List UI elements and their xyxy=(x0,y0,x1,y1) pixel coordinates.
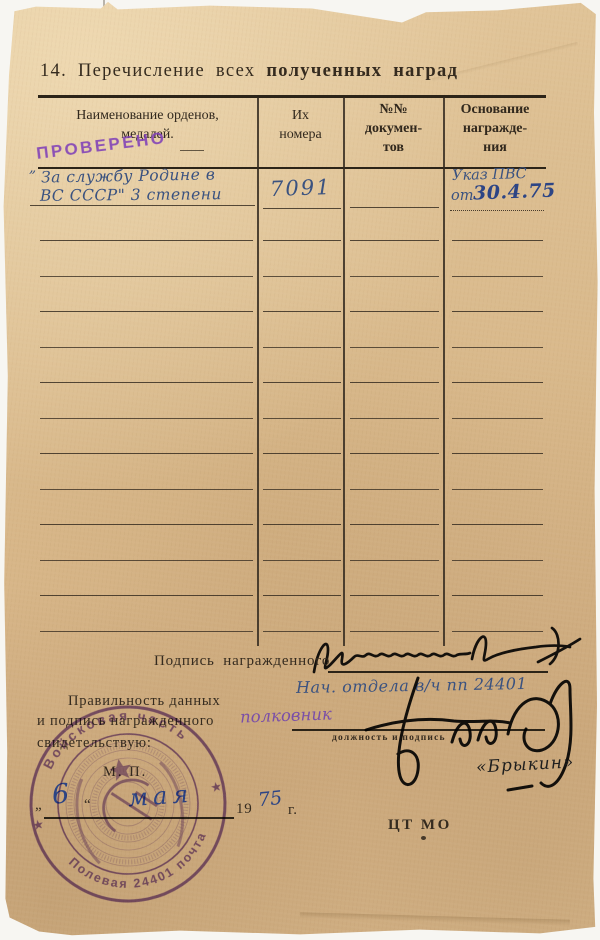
row-underline xyxy=(350,560,439,561)
date-year: 75 xyxy=(257,787,283,811)
row-underline xyxy=(263,276,341,277)
entry-underline xyxy=(30,205,255,206)
row-underline xyxy=(452,382,543,383)
row-underline xyxy=(350,347,439,348)
org-mark: ЦТ МО xyxy=(388,817,452,834)
table-column-line xyxy=(443,97,445,646)
row-underline xyxy=(350,382,439,383)
row-underline xyxy=(452,489,543,490)
row-underline xyxy=(40,453,253,454)
row-underline xyxy=(350,276,439,277)
row-underline xyxy=(40,524,253,525)
row-underline xyxy=(40,631,253,632)
entry-open-quote: „ xyxy=(29,160,36,176)
table-top-border xyxy=(38,95,546,98)
row-underline xyxy=(350,418,439,419)
row-underline xyxy=(452,560,543,561)
crease-shadow xyxy=(300,912,570,926)
row-underline xyxy=(263,595,341,596)
col-header-basis: Основание награжде- ния xyxy=(444,100,546,157)
row-underline xyxy=(452,524,543,525)
row-underline xyxy=(40,347,253,348)
row-underline xyxy=(263,489,341,490)
row-underline xyxy=(263,453,341,454)
row-underline xyxy=(452,595,543,596)
row-underline xyxy=(40,276,253,277)
header-line: докумен- xyxy=(365,121,422,136)
entry-underline xyxy=(263,208,341,209)
entry-underline xyxy=(350,207,439,208)
header-line: Наименование орденов, xyxy=(76,108,218,123)
row-underline xyxy=(40,240,253,241)
header-line: №№ xyxy=(379,102,407,117)
awardee-signature-label: Подпись награжденного xyxy=(154,653,330,670)
col-header-documents: №№ докумен- тов xyxy=(344,100,443,157)
row-underline xyxy=(263,240,341,241)
military-unit-round-stamp: ★ ★ Войсковая часть Полевая 24401 почта xyxy=(2,678,253,929)
row-underline xyxy=(40,560,253,561)
entry-basis-date: 30.4.75 xyxy=(473,180,557,205)
entry-award-name-line1: За службу Родине в xyxy=(41,165,216,186)
header-filler-dash xyxy=(180,150,204,151)
entry-award-number: 7091 xyxy=(270,175,332,201)
scanned-award-card: 14. Перечисление всех полученных наград … xyxy=(0,0,600,940)
row-underline xyxy=(263,311,341,312)
section-title: 14. Перечисление всех полученных наград xyxy=(40,61,458,82)
table-column-line xyxy=(257,97,259,646)
row-underline xyxy=(40,595,253,596)
row-underline xyxy=(263,560,341,561)
header-line: тов xyxy=(383,140,404,155)
row-underline xyxy=(263,382,341,383)
row-underline xyxy=(263,418,341,419)
header-line: Основание xyxy=(461,102,530,117)
header-line: ния xyxy=(483,140,507,155)
section-title-bold: полученных наград xyxy=(266,61,458,81)
section-title-normal: 14. Перечисление всех xyxy=(40,61,255,81)
row-underline xyxy=(263,524,341,525)
row-underline xyxy=(350,595,439,596)
row-underline xyxy=(452,240,543,241)
entry-basis-prefix: от xyxy=(451,188,473,204)
row-underline xyxy=(452,453,543,454)
row-underline xyxy=(350,453,439,454)
row-underline xyxy=(40,311,253,312)
row-underline xyxy=(452,311,543,312)
row-underline xyxy=(350,524,439,525)
row-underline xyxy=(350,240,439,241)
certifier-rank: полковник xyxy=(240,704,332,726)
header-line: номера xyxy=(279,127,322,142)
ink-speck xyxy=(421,836,426,840)
row-underline xyxy=(350,311,439,312)
row-underline xyxy=(452,418,543,419)
row-underline xyxy=(40,382,253,383)
row-underline xyxy=(40,418,253,419)
row-underline xyxy=(452,276,543,277)
row-underline xyxy=(350,489,439,490)
col-header-numbers: Их номера xyxy=(258,106,343,144)
entry-underline-dotted xyxy=(450,210,544,211)
row-underline xyxy=(452,347,543,348)
entry-award-name-line2: ВС СССР" 3 степени xyxy=(40,185,222,205)
header-line: награжде- xyxy=(463,121,527,136)
row-underline xyxy=(40,489,253,490)
paper-sheet: 14. Перечисление всех полученных наград … xyxy=(0,0,600,940)
header-line: Их xyxy=(292,108,309,123)
stamp-star-left: ★ xyxy=(31,817,46,834)
row-underline xyxy=(263,347,341,348)
certifier-signature xyxy=(322,658,590,800)
date-suffix: г. xyxy=(288,802,298,819)
table-column-line xyxy=(343,97,345,646)
